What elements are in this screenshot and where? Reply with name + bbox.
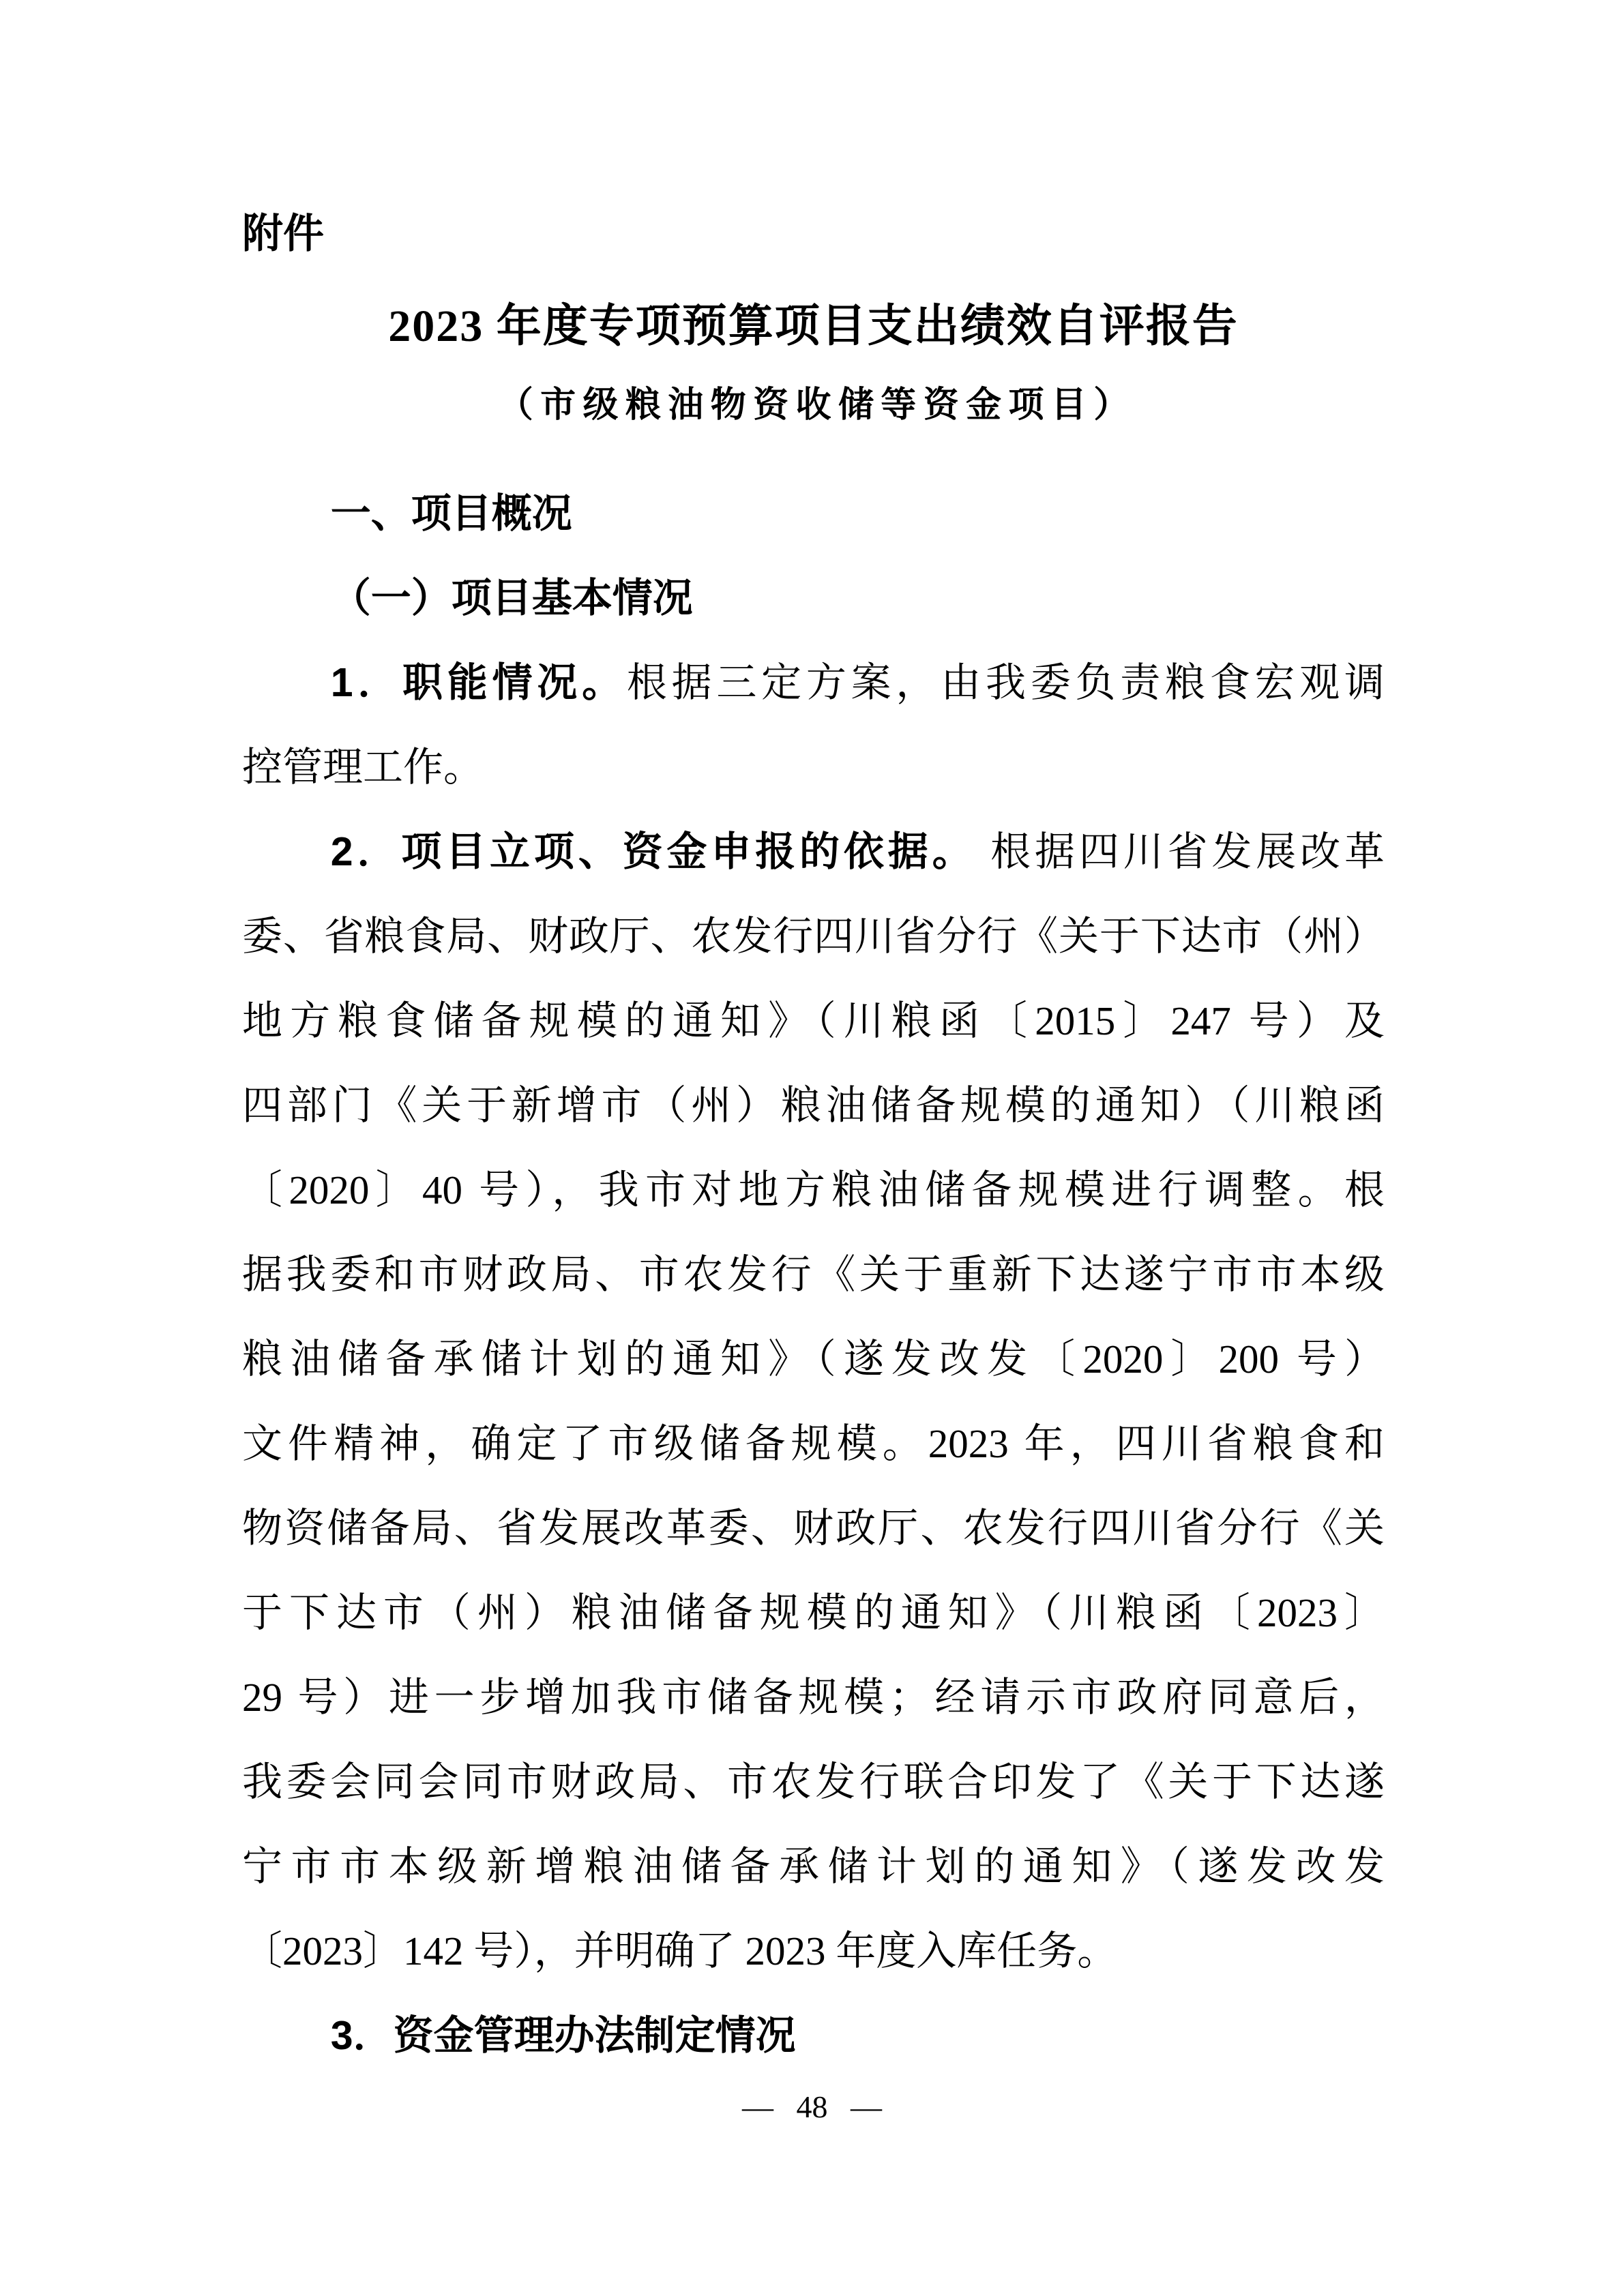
text-line: 于下达市（州）粮油储备规模的通知》（川粮函〔2023〕 [242, 1570, 1385, 1655]
text-line: 1．职能情况。根据三定方案，由我委负责粮食宏观调 [242, 640, 1385, 725]
item-heading: 3．资金管理办法制定情况 [242, 1993, 1385, 2078]
text-line: 〔2023〕142 号），并明确了 2023 年度入库任务。 [242, 1909, 1385, 1993]
paragraph: 2．项目立项、资金申报的依据。 根据四川省发展改革委、省粮食局、财政厅、农发行四… [242, 809, 1385, 1993]
document-subtitle: （市级粮油物资收储等资金项目） [242, 380, 1385, 432]
document-page: 附件 2023 年度专项预算项目支出绩效自评报告 （市级粮油物资收储等资金项目）… [242, 0, 1385, 2078]
page-footer: — 48 — [0, 2085, 1624, 2129]
paragraph: 1．职能情况。根据三定方案，由我委负责粮食宏观调控管理工作。 [242, 640, 1385, 809]
text-run: 于下达市（州）粮油储备规模的通知》（川粮函〔2023〕 [242, 1590, 1385, 1635]
text-run: 物资储备局、省发展改革委、财政厅、农发行四川省分行《关 [242, 1506, 1385, 1551]
text-run: 宁市市本级新增粮油储备承储计划的通知》（遂发改发 [242, 1844, 1385, 1889]
text-line: 控管理工作。 [242, 725, 1385, 809]
attachment-label: 附件 [242, 208, 1385, 260]
text-run: 控管理工作。 [242, 745, 484, 790]
text-run: 29 号）进一步增加我市储备规模；经请示市政府同意后， [242, 1675, 1385, 1720]
text-line: 宁市市本级新增粮油储备承储计划的通知》（遂发改发 [242, 1824, 1385, 1909]
text-line: 29 号）进一步增加我市储备规模；经请示市政府同意后， [242, 1655, 1385, 1740]
text-run: 〔2020〕40 号），我市对地方粮油储备规模进行调整。根 [242, 1167, 1385, 1212]
text-run: 根据三定方案，由我委负责粮食宏观调 [627, 660, 1385, 705]
text-line: 地方粮食储备规模的通知》（川粮函〔2015〕247 号）及 [242, 979, 1385, 1063]
text-line: 委、省粮食局、财政厅、农发行四川省分行《关于下达市（州） [242, 894, 1385, 979]
subsection-heading: （一）项目基本情况 [242, 556, 1385, 640]
text-run: 据我委和市财政局、市农发行《关于重新下达遂宁市市本级 [242, 1252, 1385, 1297]
section-heading: 一、项目概况 [242, 471, 1385, 556]
text-run: 2．项目立项、资金申报的依据。 [331, 829, 977, 874]
text-line: 粮油储备承储计划的通知》（遂发改发〔2020〕200 号） [242, 1317, 1385, 1401]
text-line: 我委会同会同市财政局、市农发行联合印发了《关于下达遂 [242, 1740, 1385, 1824]
text-run: 委、省粮食局、财政厅、农发行四川省分行《关于下达市（州） [242, 914, 1385, 959]
text-run: 文件精神，确定了市级储备规模。2023 年，四川省粮食和 [242, 1421, 1385, 1466]
text-line: 2．项目立项、资金申报的依据。 根据四川省发展改革 [242, 809, 1385, 894]
text-run: 四部门《关于新增市（州）粮油储备规模的通知）（川粮函 [242, 1083, 1385, 1128]
text-run: 根据四川省发展改革 [977, 829, 1385, 874]
text-run: 地方粮食储备规模的通知》（川粮函〔2015〕247 号）及 [242, 998, 1385, 1043]
page-number: — 48 — [742, 2089, 882, 2124]
text-run: 我委会同会同市财政局、市农发行联合印发了《关于下达遂 [242, 1759, 1385, 1804]
document-title: 2023 年度专项预算项目支出绩效自评报告 [242, 293, 1385, 361]
text-line: 〔2020〕40 号），我市对地方粮油储备规模进行调整。根 [242, 1148, 1385, 1232]
text-line: 据我委和市财政局、市农发行《关于重新下达遂宁市市本级 [242, 1232, 1385, 1317]
text-run: 〔2023〕142 号），并明确了 2023 年度入库任务。 [242, 1928, 1117, 1973]
text-run: 1．职能情况。 [331, 660, 627, 705]
text-line: 物资储备局、省发展改革委、财政厅、农发行四川省分行《关 [242, 1486, 1385, 1570]
text-run: 粮油储备承储计划的通知》（遂发改发〔2020〕200 号） [242, 1337, 1385, 1382]
document-body: 一、项目概况（一）项目基本情况1．职能情况。根据三定方案，由我委负责粮食宏观调控… [242, 471, 1385, 2078]
text-line: 文件精神，确定了市级储备规模。2023 年，四川省粮食和 [242, 1401, 1385, 1486]
text-line: 四部门《关于新增市（州）粮油储备规模的通知）（川粮函 [242, 1063, 1385, 1148]
